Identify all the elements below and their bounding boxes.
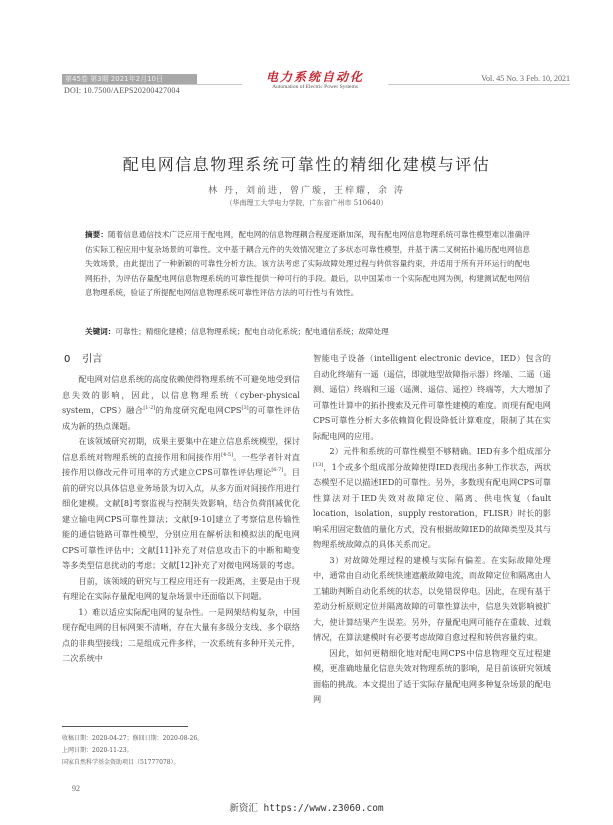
citation-ref: [6-7] — [271, 467, 283, 473]
keywords-label: 关键词： — [85, 327, 115, 336]
section-title: 引言 — [82, 354, 102, 365]
paragraph: 因此，如何更精细化地对配电网CPS中信息物理交互过程建模，更准确地量化信息失效对… — [313, 646, 551, 708]
citation-ref: [4-5] — [221, 452, 233, 458]
paragraph: 2）元件和系统的可靠性模型不够精确。IED有多个组成部分[13]，1个或多个组成… — [313, 444, 551, 553]
journal-logo: 电力系统自动化 Automation of Electric Power Sys… — [240, 70, 390, 91]
body-column-right: 智能电子设备（intelligent electronic device，IED… — [313, 351, 551, 708]
paragraph: 在该领域研究初期，成果主要集中在建立信息系统模型，探讨信息系统对物理系统的直接作… — [62, 434, 300, 574]
journal-name-cn: 电力系统自动化 — [240, 70, 390, 84]
body-column-left: 配电网对信息系统的高度依赖使得物理系统不可避免地受到信息失效的影响，因此，以信息… — [62, 372, 300, 667]
header-rule-right — [388, 84, 570, 85]
keywords-text: 可靠性；精细化建模；信息物理系统；配电自动化系统；配电通信系统；故障处理 — [115, 327, 388, 336]
citation-ref: [3] — [242, 405, 249, 411]
section-heading-intro: 0引言 — [64, 350, 102, 365]
page-number: 92 — [72, 784, 80, 793]
footnotes: 收稿日期：2020-04-27；修回日期：2020-08-26。 上网日期：20… — [62, 733, 302, 769]
abstract: 摘要：随着信息通信技术广泛应用于配电网，配电网的信息物理耦合程度逐渐加深，现有配… — [85, 228, 530, 301]
paragraph: 目前，该领域的研究与工程应用还有一段距离，主要是由于现有理论在实际存量配电网的复… — [62, 574, 300, 605]
paragraph: 1）难以适应实际配电网的复杂性。一是网架结构复杂，中国现存配电网的目标网架不清晰… — [62, 605, 300, 667]
citation-ref: [13] — [313, 462, 323, 468]
footnote-divider — [62, 726, 188, 727]
paragraph: 智能电子设备（intelligent electronic device，IED… — [313, 351, 551, 444]
section-number: 0 — [64, 354, 70, 365]
journal-name-en: Automation of Electric Power Systems — [240, 84, 390, 91]
abstract-text: 随着信息通信技术广泛应用于配电网，配电网的信息物理耦合程度逐渐加深，现有配电网信… — [85, 230, 530, 297]
paragraph: 3）对故障处理过程的建模与实际有偏差。在实际故障处理中，通常由自动化系统快速遮蔽… — [313, 553, 551, 646]
doi-label: DOI: 10.7500/AEPS20200427004 — [64, 86, 180, 95]
article-affiliation: （华南理工大学电力学院，广东省广州市 510640） — [0, 198, 613, 208]
watermark: 新资汇 https://www.z3060.com — [0, 800, 613, 814]
header-rule-left — [62, 84, 242, 85]
abstract-label: 摘要： — [85, 230, 108, 239]
citation-ref: [1-2] — [143, 405, 155, 411]
article-authors: 林 丹，刘前进，曾广璇，王梓耀，余 涛 — [0, 183, 613, 196]
volume-info: Vol. 45 No. 3 Feb. 10, 2021 — [440, 74, 570, 83]
keywords: 关键词：可靠性；精细化建模；信息物理系统；配电自动化系统；配电通信系统；故障处理 — [85, 326, 530, 338]
footnote-online: 上网日期：2020-11-23。 — [62, 745, 302, 757]
footnote-received: 收稿日期：2020-04-27；修回日期：2020-08-26。 — [62, 733, 302, 745]
article-title: 配电网信息物理系统可靠性的精细化建模与评估 — [0, 152, 613, 175]
footnote-funding: 国家自然科学基金资助项目（51777078）。 — [62, 757, 302, 769]
issue-info-bar: 第45卷 第3期 2021年2月10日 — [62, 74, 197, 84]
paragraph: 配电网对信息系统的高度依赖使得物理系统不可避免地受到信息失效的影响，因此，以信息… — [62, 372, 300, 434]
